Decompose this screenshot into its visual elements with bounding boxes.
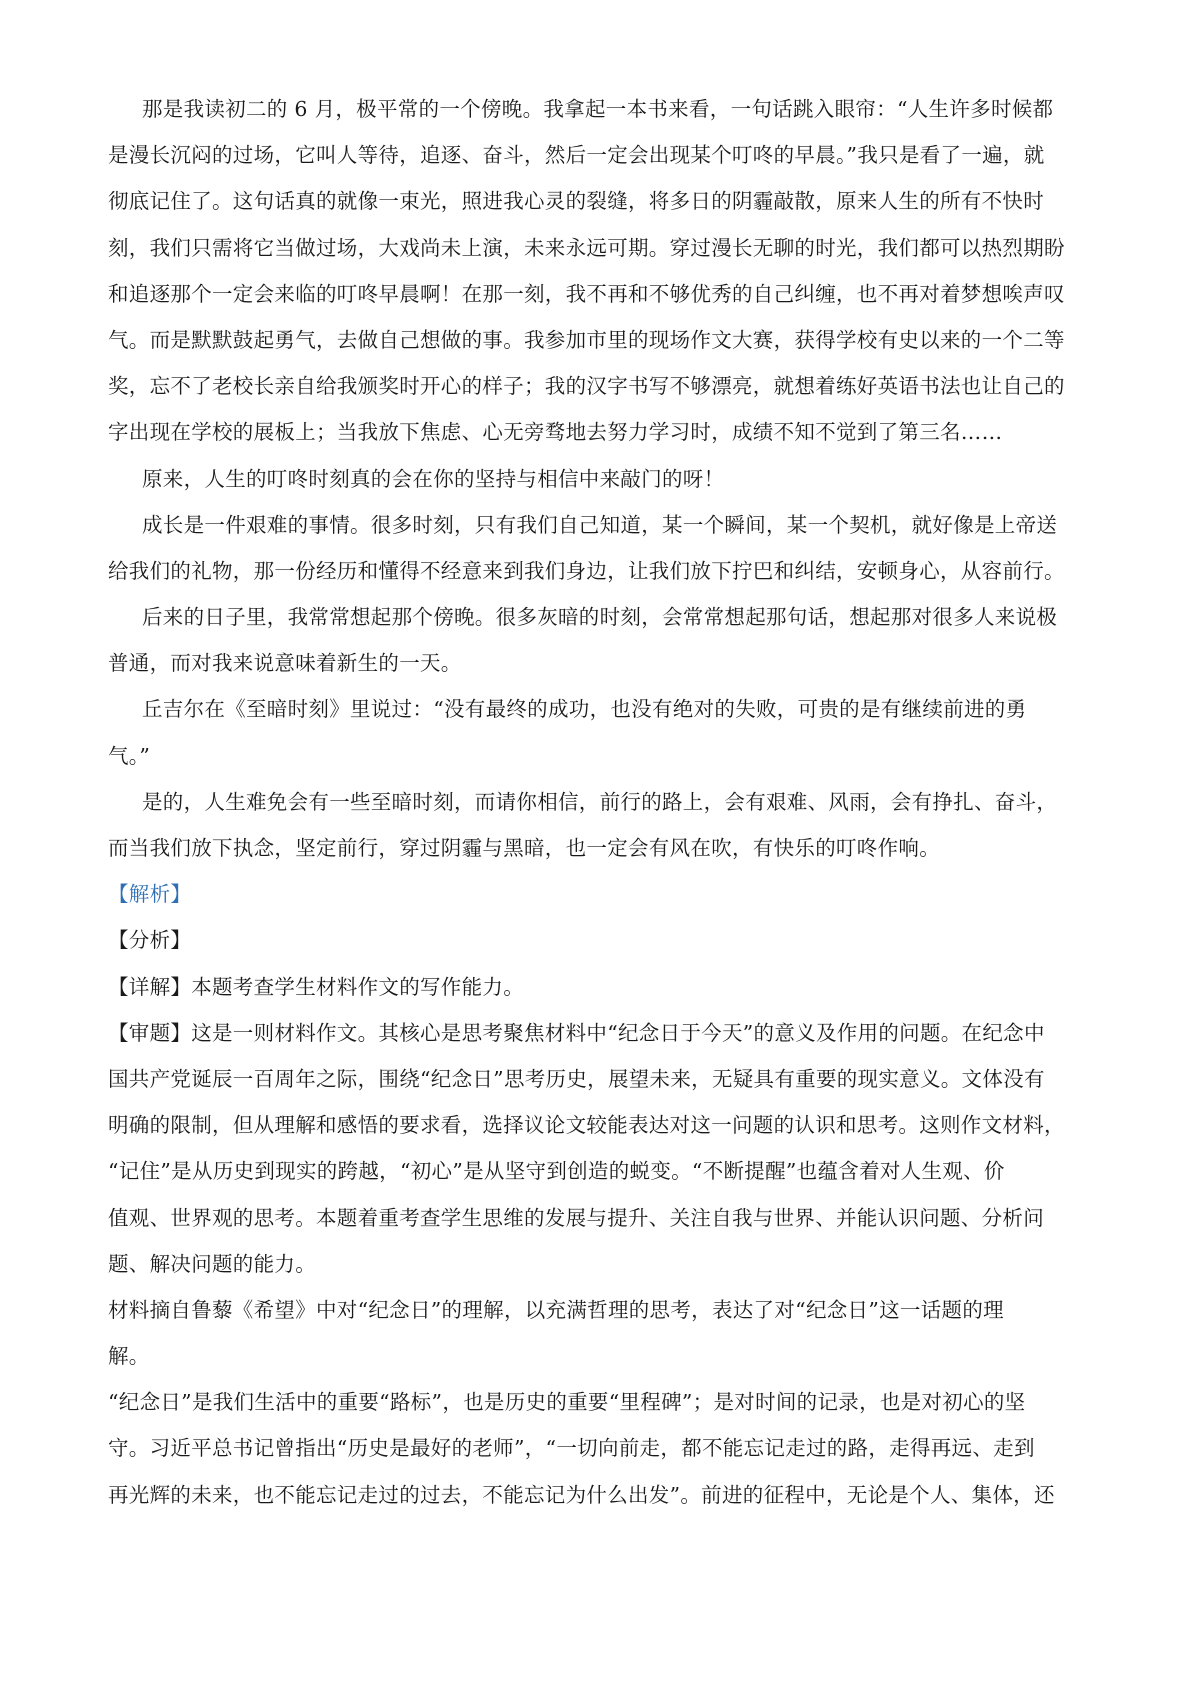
xiangjie-line: 【详解】本题考查学生材料作文的写作能力。	[108, 964, 1088, 1010]
text-line: 值观、世界观的思考。本题着重考查学生思维的发展与提升、关注自我与世界、并能认识问…	[108, 1195, 1088, 1241]
text-line: 【审题】这是一则材料作文。其核心是思考聚焦材料中“纪念日于今天”的意义及作用的问…	[108, 1010, 1088, 1056]
text-line: 国共产党诞辰一百周年之际，围绕“纪念日”思考历史，展望未来，无疑具有重要的现实意…	[108, 1056, 1088, 1102]
text-line: 后来的日子里，我常常想起那个傍晚。很多灰暗的时刻，会常常想起那句话，想起那对很多…	[108, 594, 1088, 640]
text-line: 再光辉的未来，也不能忘记走过的过去，不能忘记为什么出发”。前进的征程中，无论是个…	[108, 1472, 1088, 1518]
text-line: “纪念日”是我们生活中的重要“路标”，也是历史的重要“里程碑”；是对时间的记录，…	[108, 1379, 1088, 1425]
material-paragraph: 材料摘自鲁藜《希望》中对“纪念日”的理解，以充满哲理的思考，表达了对“纪念日”这…	[108, 1287, 1088, 1379]
text-line: 成长是一件艰难的事情。很多时刻，只有我们自己知道，某一个瞬间，某一个契机，就好像…	[108, 502, 1088, 548]
essay-paragraph-1: 那是我读初二的 6 月，极平常的一个傍晚。我拿起一本书来看，一句话跳入眼帘：“人…	[108, 86, 1088, 456]
text-line: 原来，人生的叮咚时刻真的会在你的坚持与相信中来敲门的呀！	[108, 456, 1088, 502]
text-line: 解。	[108, 1333, 1088, 1379]
essay-paragraph-6: 是的，人生难免会有一些至暗时刻，而请你相信，前行的路上，会有艰难、风雨，会有挣扎…	[108, 779, 1088, 871]
shenti-paragraph: 【审题】这是一则材料作文。其核心是思考聚焦材料中“纪念日于今天”的意义及作用的问…	[108, 1010, 1088, 1287]
text-line: 普通，而对我来说意味着新生的一天。	[108, 640, 1088, 686]
text-line: 明确的限制，但从理解和感悟的要求看，选择议论文较能表达对这一问题的认识和思考。这…	[108, 1102, 1088, 1148]
text-line: 而当我们放下执念，坚定前行，穿过阴霾与黑暗，也一定会有风在吹，有快乐的叮咚作响。	[108, 825, 1088, 871]
essay-paragraph-4: 后来的日子里，我常常想起那个傍晚。很多灰暗的时刻，会常常想起那句话，想起那对很多…	[108, 594, 1088, 686]
text-line: 题、解决问题的能力。	[108, 1241, 1088, 1287]
text-line: 气。而是默默鼓起勇气，去做自己想做的事。我参加市里的现场作文大赛，获得学校有史以…	[108, 317, 1088, 363]
text-line: 是漫长沉闷的过场，它叫人等待，追逐、奋斗，然后一定会出现某个叮咚的早晨。”我只是…	[108, 132, 1088, 178]
text-line: “记住”是从历史到现实的跨越，“初心”是从坚守到创造的蜕变。“不断提醒”也蕴含着…	[108, 1148, 1088, 1194]
essay-paragraph-5: 丘吉尔在《至暗时刻》里说过：“没有最终的成功，也没有绝对的失败，可贵的是有继续前…	[108, 686, 1088, 778]
text-line: 是的，人生难免会有一些至暗时刻，而请你相信，前行的路上，会有艰难、风雨，会有挣扎…	[108, 779, 1088, 825]
text-line: 给我们的礼物，那一份经历和懂得不经意来到我们身边，让我们放下拧巴和纠结，安顿身心…	[108, 548, 1088, 594]
text-line: 彻底记住了。这句话真的就像一束光，照进我心灵的裂缝，将多日的阴霾敲散，原来人生的…	[108, 178, 1088, 224]
text-line: 守。习近平总书记曾指出“历史是最好的老师”，“一切向前走，都不能忘记走过的路，走…	[108, 1425, 1088, 1471]
document-page: 那是我读初二的 6 月，极平常的一个傍晚。我拿起一本书来看，一句话跳入眼帘：“人…	[108, 86, 1088, 1518]
text-line: 材料摘自鲁藜《希望》中对“纪念日”的理解，以充满哲理的思考，表达了对“纪念日”这…	[108, 1287, 1088, 1333]
fenxi-label: 【分析】	[108, 917, 1088, 963]
essay-paragraph-2: 原来，人生的叮咚时刻真的会在你的坚持与相信中来敲门的呀！	[108, 456, 1088, 502]
text-line: 那是我读初二的 6 月，极平常的一个傍晚。我拿起一本书来看，一句话跳入眼帘：“人…	[108, 86, 1088, 132]
jiexi-label: 【解析】	[108, 871, 1088, 917]
essay-paragraph-3: 成长是一件艰难的事情。很多时刻，只有我们自己知道，某一个瞬间，某一个契机，就好像…	[108, 502, 1088, 594]
text-line: 和追逐那个一定会来临的叮咚早晨啊！在那一刻，我不再和不够优秀的自己纠缠，也不再对…	[108, 271, 1088, 317]
text-line: 刻，我们只需将它当做过场，大戏尚未上演，未来永远可期。穿过漫长无聊的时光，我们都…	[108, 225, 1088, 271]
jinianri-paragraph: “纪念日”是我们生活中的重要“路标”，也是历史的重要“里程碑”；是对时间的记录，…	[108, 1379, 1088, 1518]
text-line: 丘吉尔在《至暗时刻》里说过：“没有最终的成功，也没有绝对的失败，可贵的是有继续前…	[108, 686, 1088, 732]
text-line: 气。”	[108, 733, 1088, 779]
text-line: 字出现在学校的展板上；当我放下焦虑、心无旁骛地去努力学习时，成绩不知不觉到了第三…	[108, 409, 1088, 455]
text-line: 奖，忘不了老校长亲自给我颁奖时开心的样子；我的汉字书写不够漂亮，就想着练好英语书…	[108, 363, 1088, 409]
analysis-section: 【解析】 【分析】 【详解】本题考查学生材料作文的写作能力。	[108, 871, 1088, 1010]
